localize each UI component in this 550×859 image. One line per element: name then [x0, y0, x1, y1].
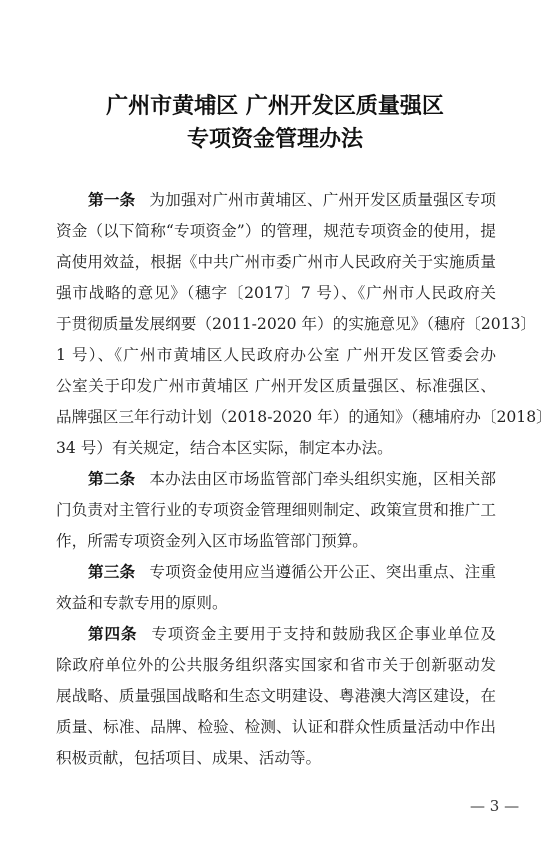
- article-1-line-2: 资金（以下简称“专项资金”）的管理，规范专项资金的使用，提: [56, 219, 496, 241]
- article-3-line-1: 第三条专项资金使用应当遵循公开公正、突出重点、注重: [88, 560, 496, 582]
- article-text: 专项资金使用应当遵循公开公正、突出重点、注重: [149, 563, 496, 581]
- article-text: 为加强对广州市黄埔区、广州开发区质量强区专项: [149, 191, 496, 209]
- article-1-line-8: 品牌强区三年行动计划（2018-2020 年）的通知》（穗埔府办〔2018〕: [56, 405, 496, 427]
- article-4-line-5: 积极贡献，包括项目、成果、活动等。: [56, 746, 496, 768]
- article-1-label: 第一条: [88, 191, 135, 209]
- article-1-line-7: 公室关于印发广州市黄埔区 广州开发区质量强区、标准强区、: [56, 374, 496, 396]
- article-4-label: 第四条: [88, 625, 137, 643]
- article-2-label: 第二条: [88, 470, 135, 488]
- article-text: 专项资金主要用于支持和鼓励我区企事业单位及: [151, 625, 496, 643]
- article-1-line-9: 34 号）有关规定，结合本区实际，制定本办法。: [56, 436, 496, 458]
- article-2-line-2: 门负责对主管行业的专项资金管理细则制定、政策宣贯和推广工: [56, 498, 496, 520]
- document-title-line-2: 专项资金管理办法: [0, 122, 550, 153]
- article-1-line-1: 第一条为加强对广州市黄埔区、广州开发区质量强区专项: [88, 188, 496, 210]
- article-4-line-2: 除政府单位外的公共服务组织落实国家和省市关于创新驱动发: [56, 653, 496, 675]
- article-4-line-4: 质量、标准、品牌、检验、检测、认证和群众性质量活动中作出: [56, 715, 496, 737]
- article-text: 本办法由区市场监管部门牵头组织实施，区相关部: [149, 470, 496, 488]
- article-1-line-5: 于贯彻质量发展纲要（2011-2020 年）的实施意见》（穗府〔2013〕: [56, 312, 496, 334]
- article-1-line-4: 强市战略的意见》（穗字〔2017〕7 号）、《广州市人民政府关: [56, 281, 496, 303]
- article-2-line-1: 第二条本办法由区市场监管部门牵头组织实施，区相关部: [88, 467, 496, 489]
- article-3-line-2: 效益和专款专用的原则。: [56, 591, 496, 613]
- article-2-line-3: 作，所需专项资金列入区市场监管部门预算。: [56, 529, 496, 551]
- page-number: — 3 —: [470, 797, 519, 815]
- article-4-line-3: 展战略、质量强国战略和生态文明建设、粤港澳大湾区建设，在: [56, 684, 496, 706]
- document-title-line-1: 广州市黄埔区 广州开发区质量强区: [0, 89, 550, 120]
- article-1-line-3: 高使用效益，根据《中共广州市委广州市人民政府关于实施质量: [56, 250, 496, 272]
- article-3-label: 第三条: [88, 563, 135, 581]
- article-1-line-6: 1 号）、《广州市黄埔区人民政府办公室 广州开发区管委会办: [56, 343, 496, 365]
- article-4-line-1: 第四条专项资金主要用于支持和鼓励我区企事业单位及: [88, 622, 496, 644]
- document-page: 广州市黄埔区 广州开发区质量强区 专项资金管理办法 第一条为加强对广州市黄埔区、…: [0, 0, 550, 859]
